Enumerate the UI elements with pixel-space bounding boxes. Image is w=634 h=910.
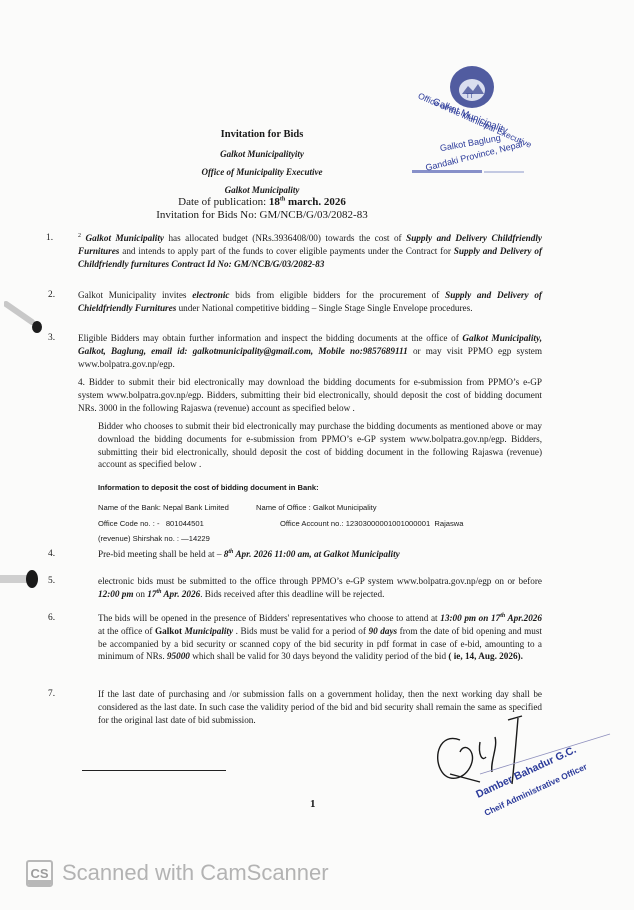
pre-bid-meeting: Pre-bid meeting shall be held at – 8th A… xyxy=(98,548,542,561)
camscanner-watermark: CS Scanned with CamScanner xyxy=(26,858,329,888)
para-1-number: 1. xyxy=(46,233,53,243)
para-5: electronic bids must be submitted to the… xyxy=(98,575,542,601)
signature: Damber Bahadur G.C. Cheif Administrative… xyxy=(420,712,630,830)
office-code: Office Code no. : - 801044501 xyxy=(98,518,204,529)
bank-info: Information to deposit the cost of biddi… xyxy=(98,482,319,493)
page-number: 1 xyxy=(310,798,316,810)
binder-clip-icon xyxy=(0,566,40,594)
camscanner-text: Scanned with CamScanner xyxy=(62,860,329,886)
para-6-number: 6. xyxy=(48,613,55,623)
office-name: Name of Office : Galkot Municipality xyxy=(256,502,377,513)
bid-number: Invitation for Bids No: GM/NCB/G/03/2082… xyxy=(0,209,579,221)
publication-date: Date of publication: 18th march. 2026 xyxy=(0,196,579,208)
para-3-number: 3. xyxy=(48,333,55,343)
para-2: Galkot Municipality invites electronic b… xyxy=(78,289,542,315)
office-account-number: Office Account no.: 12303000001001000001… xyxy=(280,518,464,529)
emblem-icon: TT xyxy=(450,66,494,108)
header-municipality-2: Galkot Municipality xyxy=(0,185,579,195)
header-office: Office of Municipality Executive xyxy=(0,167,579,177)
para-1: 2 Galkot Municipality has allocated budg… xyxy=(78,232,542,270)
document-title: Invitation for Bids xyxy=(0,129,579,140)
camscanner-logo-icon: CS xyxy=(26,860,53,887)
bank-info-title: Information to deposit the cost of biddi… xyxy=(98,482,319,493)
para-7-number: 7. xyxy=(48,689,55,699)
document-page: TT Galkot Municipality Office of the Mun… xyxy=(0,0,634,910)
para-pre-bid-number: 4. xyxy=(48,549,55,559)
para-2-number: 2. xyxy=(48,290,55,300)
svg-text:TT: TT xyxy=(466,94,474,100)
para-4: 4. Bidder to submit their bid electronic… xyxy=(78,376,542,414)
para-4-electronic: Bidder who chooses to submit their bid e… xyxy=(98,420,542,471)
para-5-number: 5. xyxy=(48,576,55,586)
para-6: The bids will be opened in the presence … xyxy=(98,612,542,663)
shirshak-number: (revenue) Shirshak no. : —14229 xyxy=(98,533,210,544)
bank-name: Name of the Bank: Nepal Bank Limited xyxy=(98,502,229,513)
binder-clip-icon xyxy=(4,300,44,336)
signature-rule xyxy=(82,770,226,771)
para-3: Eligible Bidders may obtain further info… xyxy=(78,332,542,370)
header-municipality: Galkot Municipalityity xyxy=(0,149,579,159)
